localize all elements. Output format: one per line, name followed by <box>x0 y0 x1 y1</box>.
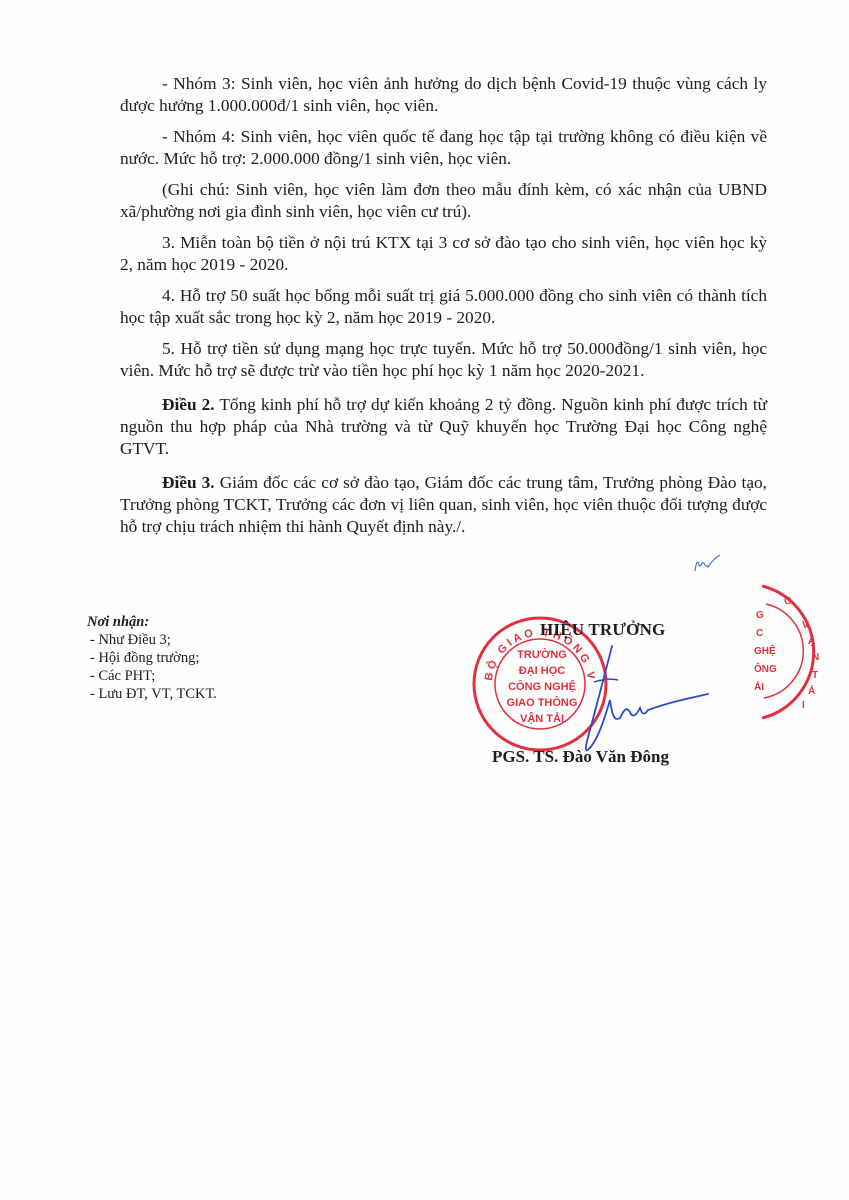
partial-stamp-icon: G C GHỆ ÔNG ẢI G V Ậ N T Ả I <box>752 578 849 723</box>
svg-text:C: C <box>756 628 763 639</box>
paragraph-nhom-4: - Nhóm 4: Sinh viên, học viên quốc tế đa… <box>120 126 767 170</box>
receiver-item: - Các PHT; <box>87 667 217 685</box>
receiver-item: - Hội đồng trường; <box>87 649 217 667</box>
article-2-label: Điều 2. <box>162 395 215 414</box>
svg-text:I: I <box>802 700 805 711</box>
initial-mark-icon <box>692 553 722 575</box>
svg-text:ẢI: ẢI <box>754 680 764 693</box>
svg-text:G: G <box>784 596 792 607</box>
signer-name: PGS. TS. Đào Văn Đông <box>492 747 669 767</box>
article-2-text: Tổng kinh phí hỗ trợ dự kiến khoảng 2 tỷ… <box>120 395 767 458</box>
signature-title: HIỆU TRƯỞNG <box>540 620 665 640</box>
svg-text:G: G <box>756 610 764 621</box>
paragraph-nhom-3: - Nhóm 3: Sinh viên, học viên ảnh hưởng … <box>120 73 767 117</box>
svg-text:N: N <box>812 652 819 663</box>
receivers-title: Nơi nhận: <box>87 613 217 631</box>
svg-text:ÔNG: ÔNG <box>754 662 777 675</box>
svg-text:T: T <box>812 670 818 681</box>
article-3: Điều 3. Giám đốc các cơ sở đào tạo, Giám… <box>120 472 767 538</box>
paragraph-item-3: 3. Miễn toàn bộ tiền ở nội trú KTX tại 3… <box>120 232 767 276</box>
paragraph-item-4: 4. Hỗ trợ 50 suất học bổng mỗi suất trị … <box>120 285 767 329</box>
receivers-block: Nơi nhận: - Như Điều 3; - Hội đồng trườn… <box>87 613 217 703</box>
handwritten-signature-icon <box>540 640 710 760</box>
svg-text:V: V <box>802 620 809 631</box>
article-3-text: Giám đốc các cơ sở đào tạo, Giám đốc các… <box>120 473 767 536</box>
paragraph-note: (Ghi chú: Sinh viên, học viên làm đơn th… <box>120 179 767 223</box>
receiver-item: - Như Điều 3; <box>87 631 217 649</box>
svg-text:Ả: Ả <box>808 684 815 697</box>
article-3-label: Điều 3. <box>162 473 215 492</box>
svg-text:Ậ: Ậ <box>808 634 815 647</box>
document-body: - Nhóm 3: Sinh viên, học viên ảnh hưởng … <box>120 73 767 547</box>
paragraph-item-5: 5. Hỗ trợ tiền sử dụng mạng học trực tuy… <box>120 338 767 382</box>
document-page: - Nhóm 3: Sinh viên, học viên ảnh hưởng … <box>0 0 849 1200</box>
svg-text:GHỆ: GHỆ <box>754 644 776 657</box>
receiver-item: - Lưu ĐT, VT, TCKT. <box>87 685 217 703</box>
article-2: Điều 2. Tổng kinh phí hỗ trợ dự kiến kho… <box>120 394 767 460</box>
